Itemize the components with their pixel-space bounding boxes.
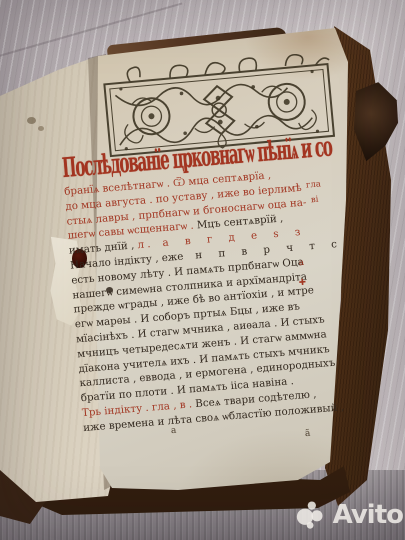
antique-book: Послѣдованїе црковнагѡ пѣнїѧ и со бранїѧ… [0, 0, 405, 540]
margin-note: а [299, 259, 305, 268]
signature-mark: а [171, 426, 177, 436]
signature-mark: ã [305, 429, 311, 439]
avito-dots-logo [293, 494, 331, 536]
margin-note: ві [311, 196, 319, 206]
photo-antique-book: Послѣдованїе црковнагѡ пѣнїѧ и со бранїѧ… [0, 0, 405, 540]
page-text-block: Послѣдованїе црковнагѡ пѣнїѧ и со бранїѧ… [61, 130, 361, 436]
avito-watermark-label: Avito [333, 500, 403, 530]
margin-note: гла [306, 180, 322, 190]
avito-watermark: Avito [293, 494, 403, 536]
left-page-stain [27, 117, 36, 124]
text-segment: л . [137, 238, 151, 251]
left-page-stain [38, 126, 44, 131]
margin-note: ✚ [299, 279, 307, 289]
